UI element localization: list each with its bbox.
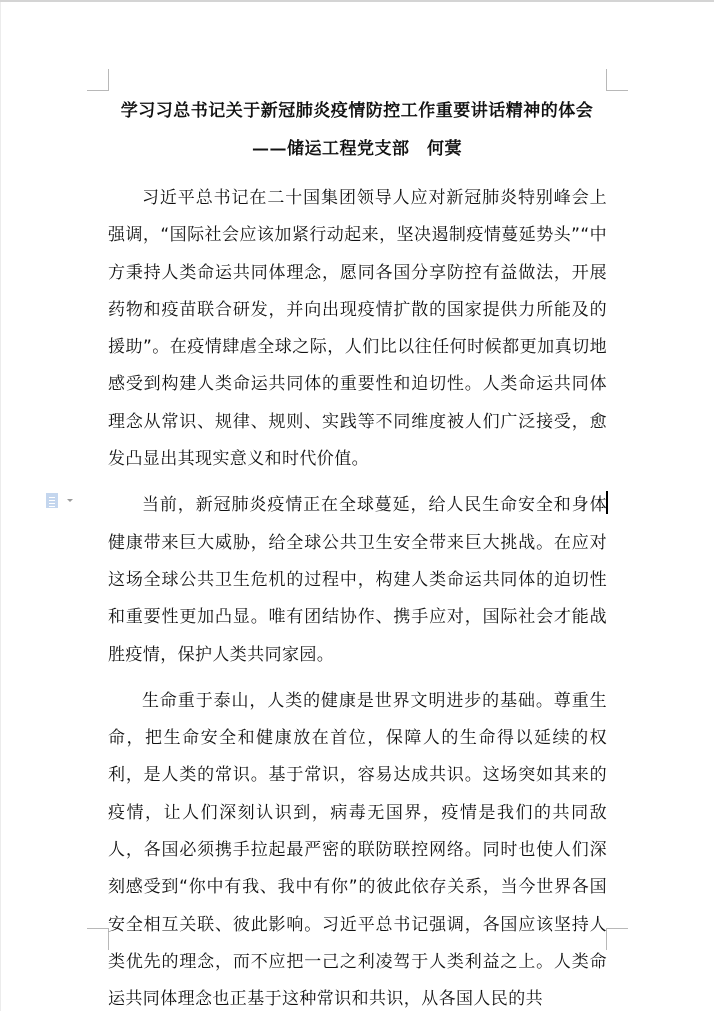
caret-down-icon (67, 499, 73, 502)
document-page[interactable]: 学习习总书记关于新冠肺炎疫情防控工作重要讲话精神的体会 ——储运工程党支部 何蓂… (0, 2, 714, 1011)
paragraph-2[interactable]: 当前，新冠肺炎疫情正在全球蔓延，给人民生命安全和身体健康带来巨大威胁，给全球公共… (108, 487, 607, 673)
margin-corner-mark-bottom-right (606, 928, 628, 950)
margin-corner-mark-top-right (606, 69, 628, 91)
margin-corner-mark-bottom-left (87, 928, 109, 950)
paragraph-1[interactable]: 习近平总书记在二十国集团领导人应对新冠肺炎特别峰会上强调，“国际社会应该加紧行动… (108, 180, 607, 478)
text-cursor (606, 491, 608, 514)
document-title: 学习习总书记关于新冠肺炎疫情防控工作重要讲话精神的体会 (108, 96, 606, 121)
paragraph-marker-button[interactable] (46, 492, 80, 510)
document-paragraph-icon (46, 493, 58, 508)
paragraph-3[interactable]: 生命重于泰山，人类的健康是世界文明进步的基础。尊重生命，把生命安全和健康放在首位… (108, 683, 607, 1011)
document-body[interactable]: 习近平总书记在二十国集团领导人应对新冠肺炎特别峰会上强调，“国际社会应该加紧行动… (108, 180, 607, 1011)
document-subtitle: ——储运工程党支部 何蓂 (108, 134, 606, 159)
margin-corner-mark-top-left (87, 69, 109, 91)
